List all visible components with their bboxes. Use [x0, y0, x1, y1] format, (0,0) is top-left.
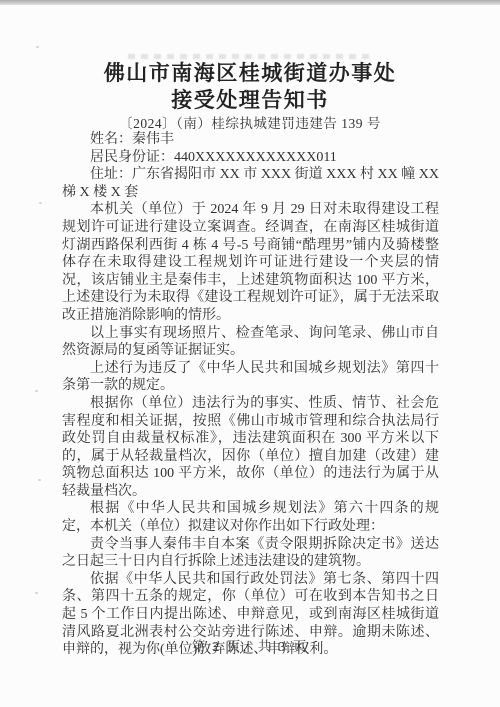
- scan-speck: [35, 592, 38, 594]
- scan-speck: [36, 46, 39, 48]
- scanned-document-page: 佛山市南海区桂城街道办事处 接受处理告知书 〔2024〕（南）桂综执城建罚违建告…: [0, 0, 500, 707]
- document-number: 〔2024〕（南）桂综执城建罚违建告 139 号: [0, 112, 500, 132]
- body-paragraph-proposed-handling: 根据《中华人民共和国城乡规划法》第六十四条的规定，本机关（单位）拟建议对你作出如…: [62, 500, 439, 535]
- document-title-type: 接受处理告知书: [0, 84, 500, 114]
- body-paragraph-evidence: 以上事实有现场照片、检查笔录、询问笔录、佛山市自然资源局的复函等证据证实。: [62, 325, 439, 360]
- scan-speck: [38, 479, 41, 481]
- recipient-id-line: 居民身份证：440XXXXXXXXXXXX011: [62, 149, 439, 167]
- document-body: 姓名：秦伟丰 居民身份证：440XXXXXXXXXXXX011 住址：广东省揭阳…: [62, 131, 439, 659]
- body-paragraph-violated-law: 上述行为违反了《中华人民共和国城乡规划法》第四十条第一款的规定。: [62, 360, 439, 395]
- body-paragraph-discretion-standard: 根据你（单位）违法行为的事实、性质、情节、社会危害程度和相关证据，按照《佛山市城…: [62, 395, 439, 501]
- scan-edge-artifact: [0, 0, 500, 5]
- document-title-organization: 佛山市南海区桂城街道办事处: [0, 57, 500, 87]
- body-paragraph-demolition-order: 责令当事人秦伟丰自本案《责令限期拆除决定书》送达之日起三十日内自行拆除上述违法建…: [62, 536, 439, 571]
- recipient-name-line: 姓名：秦伟丰: [62, 131, 439, 149]
- body-paragraph-investigation: 本机关（单位）于 2024 年 9 月 29 日对未取得建设工程规划许可证进行建…: [62, 201, 439, 324]
- recipient-address-line: 住址：广东省揭阳市 XX 市 XXX 街道 XXX 村 XX 幢 XX 梯 X …: [62, 166, 439, 201]
- scan-speck: [35, 390, 38, 392]
- scan-speck: [39, 202, 42, 204]
- page-number: 第 2 页，共 3 页: [0, 635, 500, 655]
